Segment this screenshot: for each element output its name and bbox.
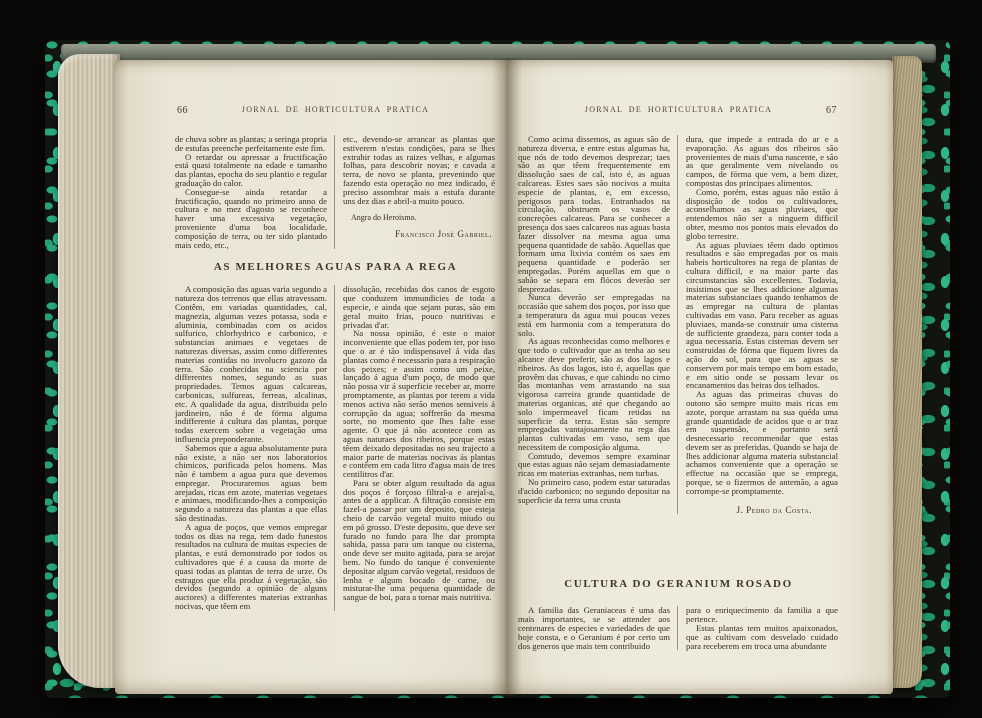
article-aguas: A composição das aguas varia segundo a n… bbox=[175, 285, 496, 610]
column: para o enriquecimento da familia a que p… bbox=[677, 606, 838, 650]
author-signature: J. Pedro da Costa. bbox=[686, 506, 838, 515]
article-heading-geranium: CULTURA DO GERANIUM ROSADO bbox=[518, 578, 839, 590]
paragraph: etc., devendo-se arrancar as plantas que… bbox=[343, 135, 495, 205]
left-page-header: 66 JORNAL DE HORTICULTURA PRATICA bbox=[175, 104, 496, 118]
article-continuation: de chuva sobre as plantas; a seringa pro… bbox=[175, 135, 496, 249]
article-aguas-continued: Como acima dissemos, as aguas são de nat… bbox=[518, 135, 839, 514]
column: Como acima dissemos, as aguas são de nat… bbox=[518, 135, 670, 514]
open-book: 66 JORNAL DE HORTICULTURA PRATICA de chu… bbox=[45, 40, 950, 698]
paragraph: No primeiro caso, podem estar saturadas … bbox=[518, 478, 670, 504]
paragraph: Na nossa opinião, é este o maior inconve… bbox=[343, 329, 495, 479]
paragraph: Como, porém, estas aguas não estão á dis… bbox=[686, 188, 838, 241]
paragraph: As aguas pluviaes têem dado optimos resu… bbox=[686, 241, 838, 391]
article-heading-aguas: AS MELHORES AGUAS PARA A REGA bbox=[175, 261, 496, 273]
page-edges-left bbox=[58, 54, 120, 688]
page-number-right: 67 bbox=[826, 104, 837, 118]
column: A familia das Geraniaceas é uma das mais… bbox=[518, 606, 670, 650]
left-page-content: 66 JORNAL DE HORTICULTURA PRATICA de chu… bbox=[175, 104, 496, 682]
article-geranium: A familia das Geraniaceas é uma das mais… bbox=[518, 606, 839, 650]
paragraph: Comtudo, devemos sempre examinar que est… bbox=[518, 452, 670, 478]
column: de chuva sobre as plantas; a seringa pro… bbox=[175, 135, 327, 249]
paragraph: As aguas das primeiras chuvas do outono … bbox=[686, 390, 838, 496]
right-page-content: JORNAL DE HORTICULTURA PRATICA 67 Como a… bbox=[518, 104, 839, 682]
paragraph: dissolução, recebidas dos canos de esgot… bbox=[343, 285, 495, 329]
paragraph: Sabemos que a agua absolutamente pura nã… bbox=[175, 444, 327, 523]
paragraph: Estas plantas tem muitos apaixonados, qu… bbox=[686, 624, 838, 650]
paragraph: Nunca deverão ser empregadas na occasião… bbox=[518, 293, 670, 337]
author-signature: Francisco José Gabriel. bbox=[343, 230, 495, 239]
paragraph: Para se obter algum resultado da agua do… bbox=[343, 479, 495, 602]
place-line: Angra do Heroismo. bbox=[343, 214, 495, 223]
paragraph: Consegue-se ainda retardar a fructificaç… bbox=[175, 188, 327, 250]
left-page: 66 JORNAL DE HORTICULTURA PRATICA de chu… bbox=[115, 60, 506, 694]
running-title-right: JORNAL DE HORTICULTURA PRATICA bbox=[518, 105, 839, 114]
paragraph: para o enriquecimento da familia a que p… bbox=[686, 606, 838, 624]
page-edges-right bbox=[892, 56, 922, 688]
running-title-left: JORNAL DE HORTICULTURA PRATICA bbox=[175, 105, 496, 114]
paragraph: de chuva sobre as plantas; a seringa pro… bbox=[175, 135, 327, 153]
column: etc., devendo-se arrancar as plantas que… bbox=[334, 135, 495, 249]
paragraph: A composição das aguas varia segundo a n… bbox=[175, 285, 327, 443]
paragraph: A agua de poços, que vemos empregar todo… bbox=[175, 523, 327, 611]
paragraph: dura, que impede a entrada do ar e a eva… bbox=[686, 135, 838, 188]
paragraph: O retardar ou apressar a fructificação e… bbox=[175, 153, 327, 188]
paragraph: Como acima dissemos, as aguas são de nat… bbox=[518, 135, 670, 293]
column: A composição das aguas varia segundo a n… bbox=[175, 285, 327, 610]
paragraph: As aguas reconhecidas como melhores e qu… bbox=[518, 337, 670, 451]
paragraph: A familia das Geraniaceas é uma das mais… bbox=[518, 606, 670, 650]
column: dura, que impede a entrada do ar e a eva… bbox=[677, 135, 838, 514]
column: dissolução, recebidas dos canos de esgot… bbox=[334, 285, 495, 610]
right-page-header: JORNAL DE HORTICULTURA PRATICA 67 bbox=[518, 104, 839, 118]
right-page: JORNAL DE HORTICULTURA PRATICA 67 Como a… bbox=[506, 60, 893, 694]
